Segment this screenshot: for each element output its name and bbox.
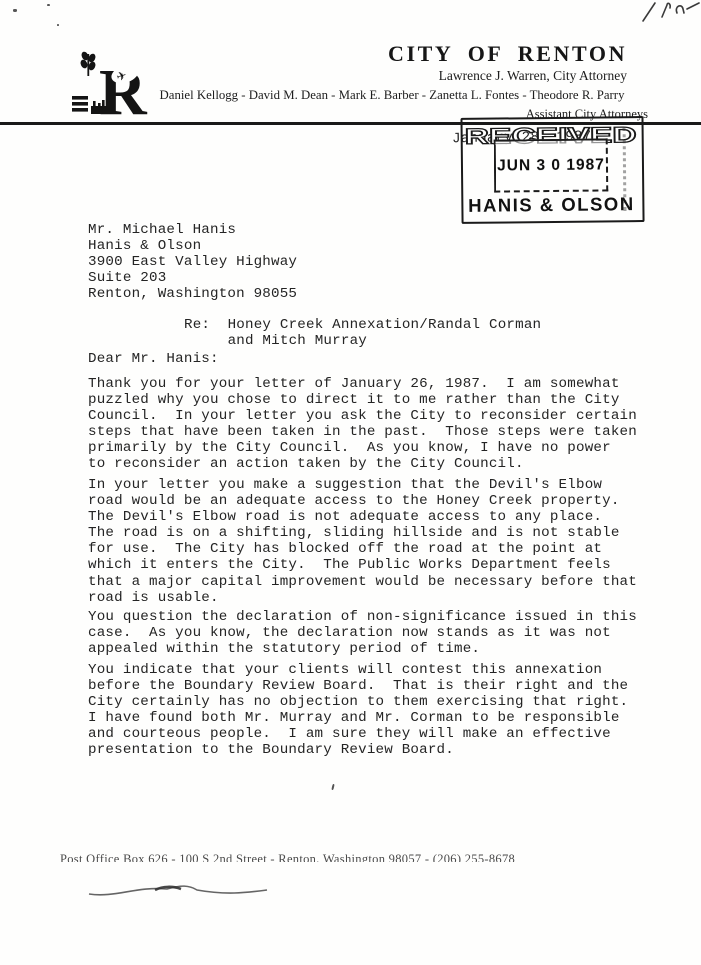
stamp-firm-name: HANIS & OLSON [457,193,645,217]
city-of-renton-logo: R ✈ [72,50,156,122]
scan-speck [13,9,17,12]
date-stamp-box: JUN 3 0 1987 [494,138,609,192]
scan-speck [331,784,334,790]
body-paragraph-2: In your letter you make a suggestion tha… [88,477,637,606]
assistant-attorneys-names: Daniel Kellogg - David M. Dean - Mark E.… [128,88,656,103]
re-line: Re: Honey Creek Annexation/Randal Corman… [184,317,541,349]
recipient-address: Mr. Michael Hanis Hanis & Olson 3900 Eas… [88,222,297,302]
body-paragraph-3: You question the declaration of non-sign… [88,609,637,657]
wheat-icon [79,51,97,76]
bars-icon [72,96,88,112]
city-attorney-name: Lawrence J. Warren, City Attorney [439,68,627,84]
scan-speck [57,24,59,26]
letterhead-footer-address: Post Office Box 626 - 100 S 2nd Street -… [60,853,660,862]
scanned-letter-page: R ✈ CITY OF RENTON Lawrence J. Warren, C… [0,0,701,965]
pen-squiggle-mark [85,881,275,903]
scan-speck [47,4,50,6]
body-paragraph-1: Thank you for your letter of January 26,… [88,376,637,473]
received-stamp: RECEIVED JUN 3 0 1987 HANIS & OLSON [454,111,647,225]
letterhead-title: CITY OF RENTON [388,41,627,67]
body-paragraph-4: You indicate that your clients will cont… [88,662,628,759]
date-stamp-text: JUN 3 0 1987 [497,156,605,175]
handwritten-mark [636,0,700,24]
salutation: Dear Mr. Hanis: [88,351,219,367]
